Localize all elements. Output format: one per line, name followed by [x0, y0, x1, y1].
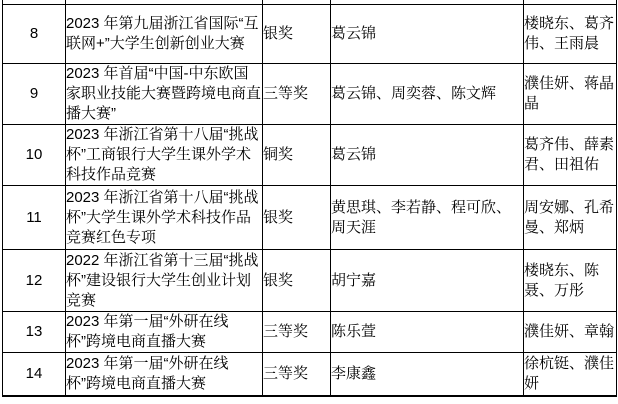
competition-cell: 2022 年浙江省第十三届“挑战杯”建设银行大学生创业计划竞赛	[66, 250, 263, 312]
competition-cell: 2023 年首届“中国-中东欧国家职业技能大赛暨跨境电商直播大赛”	[66, 64, 263, 125]
advisors-cell: 楼晓东、葛齐伟、王雨晨	[524, 5, 617, 64]
award-cell: 三等奖	[263, 312, 331, 353]
award-cell: 铜奖	[263, 125, 331, 186]
row-number-cell: 14	[3, 353, 66, 396]
competition-cell: 2023 年第九届浙江省国际“互联网+”大学生创新创业大赛	[66, 5, 263, 64]
row-number-cell: 10	[3, 125, 66, 186]
advisors-cell: 徐杭铤、濮佳妍	[524, 353, 617, 396]
students-cell: 陈乐萱	[331, 312, 524, 353]
table-row: 14 2023 年第一届“外研在线杯”跨境电商直播大赛 三等奖 李康鑫 徐杭铤、…	[3, 353, 617, 396]
competition-cell: 2023 年第一届“外研在线杯”跨境电商直播大赛	[66, 312, 263, 353]
table-row: 12 2022 年浙江省第十三届“挑战杯”建设银行大学生创业计划竞赛 银奖 胡宁…	[3, 250, 617, 312]
row-number-cell: 12	[3, 250, 66, 312]
table-row: 9 2023 年首届“中国-中东欧国家职业技能大赛暨跨境电商直播大赛” 三等奖 …	[3, 64, 617, 125]
competition-cell: 2023 年第一届“外研在线杯”跨境电商直播大赛	[66, 353, 263, 396]
students-cell: 葛云锦	[331, 5, 524, 64]
competition-cell: 2023 年浙江省第十八届“挑战杯”大学生课外学术科技作品竞赛红色专项	[66, 186, 263, 250]
award-cell: 三等奖	[263, 353, 331, 396]
award-cell: 银奖	[263, 186, 331, 250]
awards-table: 8 2023 年第九届浙江省国际“互联网+”大学生创新创业大赛 银奖 葛云锦 楼…	[2, 0, 617, 397]
advisors-cell: 濮佳妍、章翰	[524, 312, 617, 353]
students-cell: 胡宁嘉	[331, 250, 524, 312]
award-cell: 银奖	[263, 250, 331, 312]
table-row: 11 2023 年浙江省第十八届“挑战杯”大学生课外学术科技作品竞赛红色专项 银…	[3, 186, 617, 250]
table-row: 13 2023 年第一届“外研在线杯”跨境电商直播大赛 三等奖 陈乐萱 濮佳妍、…	[3, 312, 617, 353]
row-number-cell: 9	[3, 64, 66, 125]
students-cell: 葛云锦	[331, 125, 524, 186]
competition-cell: 2023 年浙江省第十八届“挑战杯”工商银行大学生课外学术科技作品竞赛	[66, 125, 263, 186]
row-number-cell: 8	[3, 5, 66, 64]
table-row: 8 2023 年第九届浙江省国际“互联网+”大学生创新创业大赛 银奖 葛云锦 楼…	[3, 5, 617, 64]
students-cell: 葛云锦、周奕蓉、陈文辉	[331, 64, 524, 125]
advisors-cell: 周安娜、孔希曼、郑炳	[524, 186, 617, 250]
advisors-cell: 濮佳妍、蒋晶晶	[524, 64, 617, 125]
row-number-cell: 13	[3, 312, 66, 353]
advisors-cell: 葛齐伟、薛素君、田祖佑	[524, 125, 617, 186]
students-cell: 黄思琪、李若静、程可欣、周天涯	[331, 186, 524, 250]
document-page: 8 2023 年第九届浙江省国际“互联网+”大学生创新创业大赛 银奖 葛云锦 楼…	[0, 0, 618, 404]
table-row: 10 2023 年浙江省第十八届“挑战杯”工商银行大学生课外学术科技作品竞赛 铜…	[3, 125, 617, 186]
row-number-cell: 11	[3, 186, 66, 250]
award-cell: 三等奖	[263, 64, 331, 125]
advisors-cell: 楼晓东、陈聂、万彤	[524, 250, 617, 312]
students-cell: 李康鑫	[331, 353, 524, 396]
award-cell: 银奖	[263, 5, 331, 64]
